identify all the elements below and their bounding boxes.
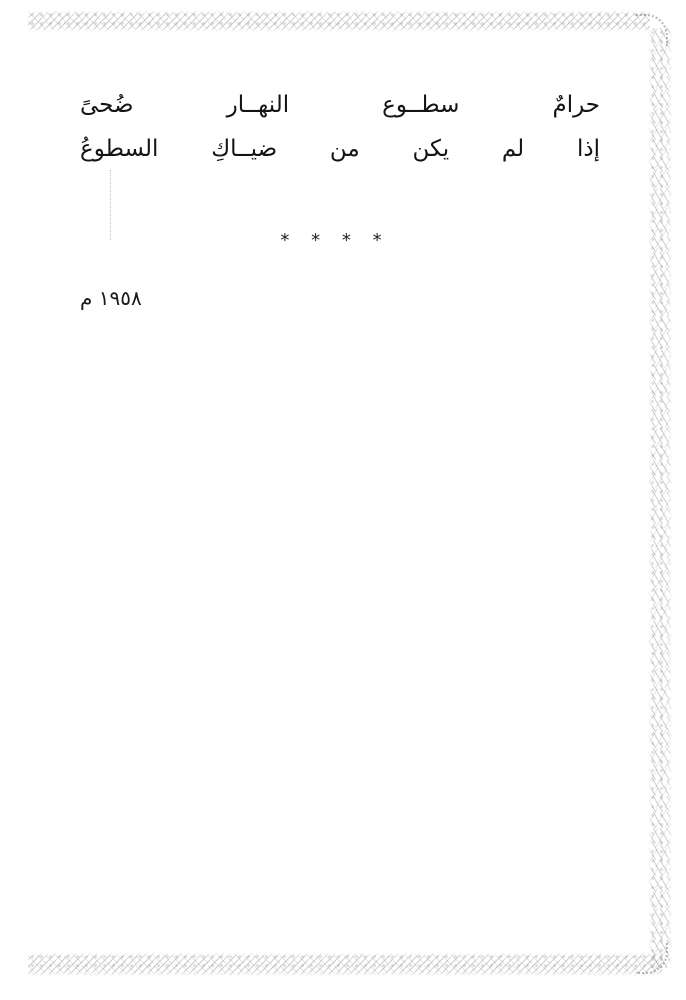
poem-verse-2: إذا لم يكن من ضيــاكِ السطوعُ	[80, 138, 600, 161]
ornament-corner-bottom-right-icon	[636, 942, 668, 974]
ornament-corner-top-right-icon	[636, 14, 668, 46]
verse-word: حرامٌ	[552, 94, 600, 117]
ornamental-border-top	[28, 10, 650, 32]
section-separator: * * * *	[270, 230, 400, 251]
verse-word: يكن	[412, 138, 449, 161]
verse-word: من	[330, 138, 360, 161]
ornamental-border-bottom	[28, 952, 662, 976]
verse-word: لم	[502, 138, 524, 161]
verse-word: السطوعُ	[80, 138, 158, 161]
verse-word: ضيــاكِ	[211, 138, 277, 161]
verse-word: إذا	[577, 138, 600, 161]
verse-word: سطــوع	[382, 94, 459, 117]
scan-artifact-line	[110, 170, 111, 240]
verse-word: ضُحىً	[80, 94, 134, 117]
poem-verse-1: حرامٌ سطــوع النهــار ضُحىً	[80, 94, 600, 117]
poem-date: ١٩٥٨ م	[80, 286, 142, 310]
ornamental-border-right	[648, 28, 672, 968]
book-page: حرامٌ سطــوع النهــار ضُحىً إذا لم يكن م…	[0, 0, 686, 1000]
verse-word: النهــار	[227, 94, 290, 117]
